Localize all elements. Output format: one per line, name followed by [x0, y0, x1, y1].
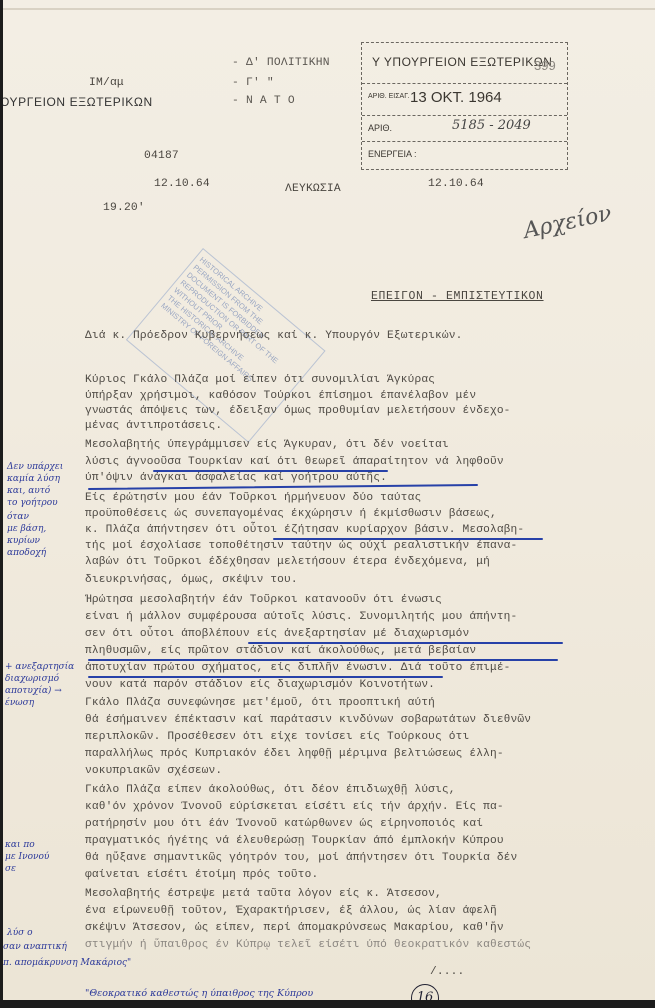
page-top-edge [3, 8, 655, 10]
distribution-line-1: - Δ' ΠΟΛΙΤΙΚΗΝ [232, 57, 330, 69]
body-line: περιπλοκῶν. Προσέθεσεν ότι είχε τονίσει … [85, 731, 469, 743]
margin-note: όταν [7, 512, 29, 522]
archive-signature: Αρχείον [521, 201, 613, 244]
body-line: ύπήρξαν χρήσιμοι, καθόσον Τούρκοι έπίσημ… [85, 390, 476, 402]
stamp-title: Υ ΥΠΟΥΡΓΕΙΟΝ ΕΞΩΤΕΡΙΚΩΝ [372, 55, 552, 69]
body-line: γνωστάς άπόψεις των, έδειξαν όμως προθυμ… [85, 405, 511, 417]
body-line: λύσις άγνοοῦσα Τουρκίαν καί ότι θεωρεῖ ά… [85, 456, 504, 468]
arith-value: 5185 - 2049 [452, 118, 531, 133]
body-line: προϋποθέσεις ώς συνεπαγομένας έκχώρησιν … [85, 508, 497, 520]
body-line: διευκρινήσας, όμως, σκέψιν του. [85, 574, 298, 586]
protocol-number: 04187 [144, 150, 179, 162]
margin-note: αποδοχή [7, 548, 46, 558]
body-line: ρατήρησίν μου ότι έάν Ίνονοῦ κατώρθωνεν … [85, 818, 483, 830]
margin-note: το γοήτρου [7, 498, 58, 508]
sent-date: 12.10.64 [154, 178, 210, 190]
bottom-handwritten-note: "Θεοκρατικό καθεστώς η ύπαιθρος της Κύπρ… [85, 988, 313, 999]
body-line: παραλλήλως πρός Κυπριακόν έδει ληφθῇ μέρ… [85, 748, 504, 760]
margin-note: καμία λύση [7, 474, 60, 484]
page-number: 16 [411, 984, 439, 1000]
receipt-stamp: Υ ΥΠΟΥΡΓΕΙΟΝ ΕΞΩΤΕΡΙΚΩΝ 399 ΑΡΙΘ. ΕΙΣΑΓ.… [361, 42, 568, 170]
body-line: Είς έρώτησίν μου έάν Τοῦρκοι ήρμήνευον δ… [85, 492, 421, 504]
received-label: ΑΡΙΘ. ΕΙΣΑΓ. [368, 93, 409, 100]
margin-note: με Ινονού [5, 852, 49, 862]
body-line: σεν ότι οὗτοι άποβλέπουν είς άνεξαρτησία… [85, 628, 469, 640]
body-line: καθ'όν χρόνον Ίνονοῦ εύρίσκεται είσέτι ε… [85, 801, 504, 813]
addressee-line: Διά κ. Πρόεδρον Κυβερνήσεως καί κ. Υπουρ… [85, 330, 463, 342]
pen-underline [88, 659, 558, 661]
body-line: μένας άντιπροτάσεις. [85, 420, 222, 432]
body-line: άποτυχίαν πρώτου σχήματος, είς διπλῆν έν… [85, 662, 511, 674]
margin-note: σαν αναπτική [3, 942, 67, 952]
margin-note: αποτυχία) → [5, 686, 62, 696]
body-line: πληθυσμῶν, είς πρῶτον στάδιον καί άκολού… [85, 645, 476, 657]
pen-underline [88, 676, 443, 678]
body-line: τής μοί έσχολίασε τοποθέτησιν ταύτην ώς … [85, 540, 517, 552]
body-line: ένα είρωνευθῇ τοῦτον, Έχαρακτήρισεν, έξ … [85, 905, 497, 917]
body-line: είναι ή μάλλον συμφέρουσα αύτοῖς λύσις. … [85, 611, 517, 623]
body-line: στιγμήν ή ὕπαιθρος έν Κύπρῳ τελεῖ είσέτι… [85, 939, 531, 951]
stamp-number: 399 [534, 58, 556, 73]
body-line: Μεσολαβητής έστρεψε μετά ταῦτα λόγον είς… [85, 888, 442, 900]
body-line: νουν κατά παρόν στάδιον είς διαχωρισμόν … [85, 679, 435, 691]
body-line: Μεσολαβητής ύπεγράμμισεν είς Άγκυραν, ότ… [85, 439, 449, 451]
body-line: Ήρώτησα μεσολαβητήν έάν Τοῦρκοι κατανοοῦ… [85, 594, 442, 606]
body-line: λαβών ότι Τοῦρκοι έδέχθησαν μελετήσουν έ… [85, 556, 490, 568]
continuation-mark: /.... [430, 966, 464, 978]
body-line: θά ηὔξανε σημαντικῶς γόητρόν του, μοί άπ… [85, 852, 517, 864]
ministry-label: ΟΥΡΓΕΙΟΝ ΕΞΩΤΕΡΙΚΩΝ [3, 95, 153, 109]
body-line: Γκάλο Πλάζα συνεφώνησε μετ'έμοῦ, ότι προ… [85, 697, 435, 709]
margin-note: διαχωρισμό [5, 674, 59, 684]
pen-underline [273, 538, 543, 540]
margin-note: και πο [5, 840, 35, 850]
margin-note: κυρίων [7, 536, 40, 546]
pen-underline [88, 484, 478, 490]
distribution-line-3: - Ν Α Τ Ο [232, 95, 295, 107]
body-line: Κύριος Γκάλο Πλάζα μοί είπεν ότι συνομιλ… [85, 374, 435, 386]
pen-underline [153, 470, 388, 472]
margin-note: και, αυτό [7, 486, 50, 496]
body-line: φαίνεται είσέτι έτοίμη πρός τοῦτο. [85, 869, 318, 881]
distribution-line-2: - Γ' " [232, 77, 274, 89]
margin-note: σε [5, 864, 16, 874]
energeia-label: ΕΝΕΡΓΕΙΑ : [368, 149, 416, 159]
body-line: ύπ'όψιν άνάγκαι άσφαλείας καί γοήτρου αύ… [85, 472, 387, 484]
margin-note: Δεν υπάρχει [7, 462, 63, 472]
arith-label: ΑΡΙΘ. [368, 123, 392, 133]
margin-note: π. απομάκρυνση Μακάριος" [3, 958, 131, 968]
document-page: IM/αμ ΟΥΡΓΕΙΟΝ ΕΞΩΤΕΡΙΚΩΝ - Δ' ΠΟΛΙΤΙΚΗΝ… [3, 0, 655, 1000]
body-line: πραγματικός ήγέτης νά έλευθερώσῃ Τουρκία… [85, 835, 504, 847]
origin-date: 12.10.64 [428, 178, 484, 190]
margin-note: λύσ ο [7, 928, 33, 938]
origin-city: ΛΕΥΚΩΣΙΑ [285, 183, 341, 195]
body-line: σκέψιν Άτσεσον, ώς είπεν, περί άπομακρύν… [85, 922, 504, 934]
received-date: 13 ΟΚΤ. 1964 [410, 89, 502, 106]
margin-note: + ανεξαρτησία [5, 662, 74, 672]
margin-note: ένωση [5, 698, 34, 708]
body-line: Γκάλο Πλάζα είπεν άκολούθως, ότι δέον έπ… [85, 784, 456, 796]
margin-note: με βάση, [7, 524, 46, 534]
sent-time: 19.20' [103, 202, 145, 214]
classification-subject: ΕΠΕΙΓΟΝ - ΕΜΠΙΣΤΕΥΤΙΚΟΝ [371, 290, 544, 303]
pen-underline [248, 642, 563, 644]
body-line: θά έσήμαινεν έπέκτασιν καί παράτασιν κιν… [85, 714, 531, 726]
reference-code: IM/αμ [89, 77, 124, 89]
body-line: νοκυπριακῶν σχέσεων. [85, 765, 222, 777]
body-line: κ. Πλάζα άπήντησεν ότι οὗτοι έζήτησαν κυ… [85, 524, 524, 536]
